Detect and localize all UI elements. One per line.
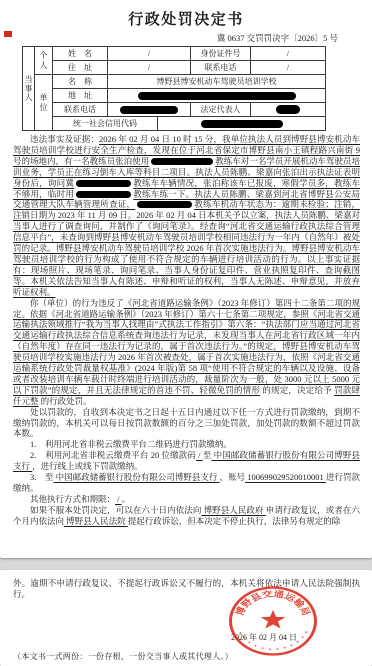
red-edge-mark xyxy=(4,31,12,37)
page-gap xyxy=(0,558,372,570)
text-run: 2. 利用河北省非税云缴费平台 20 位缴款码 xyxy=(30,450,196,460)
text-run: 3. 至 xyxy=(30,472,53,482)
id-label: 身份证件号 xyxy=(191,47,251,61)
seal-star-icon xyxy=(261,610,286,629)
name-value: / xyxy=(108,47,191,61)
redaction-bar xyxy=(120,106,178,114)
text-run: 提起行政诉讼，但本决定不停止执行，法律另有规定的除 xyxy=(128,516,341,526)
table-row: 住 址 / 联系电话 / xyxy=(23,61,326,75)
paragraph: 其他执行方式和期限： / 。 xyxy=(13,494,360,505)
page-title: 行政处罚决定书 xyxy=(0,0,372,29)
text-run: 。 xyxy=(122,494,131,504)
paragraph: 2. 利用河北省非税云缴费平台 20 位缴款码 / 至 中国邮政储蓄银行股份有限… xyxy=(13,450,360,472)
redaction-bar xyxy=(138,92,296,100)
text-run: 的规定，决定给予 xyxy=(260,385,334,395)
official-seal: 博野县交通运输局 xyxy=(226,584,320,658)
org-phone-value xyxy=(108,103,191,117)
document-body: 违法事实及证据：2026 年 02 月 04 日 10 时 15 分，我单位执法… xyxy=(0,133,372,527)
text-run: 你（单位）的行为违反了 xyxy=(30,298,124,308)
text-run: / xyxy=(196,450,203,460)
table-row: 联系电话 法定代表人 xyxy=(23,103,326,117)
unit-label-cell: 单位 xyxy=(35,75,53,131)
table-row: 统一社会信用代码 xyxy=(23,117,326,131)
redaction-bar xyxy=(151,158,213,165)
id-value: / xyxy=(251,47,326,61)
document-page-2: 外。逾期不申请行政复议、不提起行政诉讼又不履行的，本机关将依法申请人民法院强制执… xyxy=(0,570,372,666)
copies-note: （本文书一式两份：一份存根，一份交当事人或其代理人。） xyxy=(13,651,233,662)
credit-code-label: 统一社会信用代码 xyxy=(53,117,158,131)
text-run: / xyxy=(115,494,122,504)
party-info-table: 当事人 个人 姓 名 / 身份证件号 / 住 址 / 联系电话 / 单位 名 称… xyxy=(22,46,326,131)
redaction-bar xyxy=(76,180,131,187)
document-number: 冀 0637 交罚罚决字〔2026〕5 号 xyxy=(0,29,372,45)
org-addr-label: 地 址 xyxy=(53,89,108,103)
table-row: 地 址 xyxy=(23,89,326,103)
table-row: 单位 名 称 博野县博安机动车驾驶员培训学校 xyxy=(23,75,326,89)
text-run: 其他执行方式和期限： xyxy=(30,494,115,504)
phone-value: / xyxy=(251,61,326,75)
document-page-1: 行政处罚决定书 冀 0637 交罚罚决字〔2026〕5 号 当事人 个人 姓 名… xyxy=(0,0,372,558)
org-name-label: 名 称 xyxy=(53,75,108,89)
text-run: 《河北省道路运输条例》（2023 年修订）第四十二条第二项的规定。依据《河北省道… xyxy=(13,298,360,395)
table-row: 当事人 个人 姓 名 / 身份证件号 / xyxy=(23,47,326,61)
paragraph: 3. 至 中国邮政储蓄银行股份有限公司博野县支行 ，账号 10069902952… xyxy=(13,472,360,494)
paragraph: 你（单位）的行为违反了《河北省道路运输条例》（2023 年修订）第四十二条第二项… xyxy=(13,298,360,407)
text-run: 教练车机动车状态为：逾期未检验；注销，注销日期为 2023 年 11 月 09 … xyxy=(13,199,360,296)
text-run: 的行政处罚。 xyxy=(39,396,92,406)
text-run: 违法事实及证据： xyxy=(30,134,99,144)
seal-code-dots xyxy=(240,631,308,650)
text-run: 博野县人民法院 xyxy=(64,516,128,526)
redaction-bar xyxy=(76,191,131,198)
text-run: ，账号 xyxy=(220,472,246,482)
paragraph: 如果不服本处罚决定，可以在六十日内依法向 博野县人民政府 申请行政复议，或者在六… xyxy=(13,505,360,527)
addr-label: 住 址 xyxy=(53,61,108,75)
text-run: 100699029520010001 xyxy=(245,472,326,482)
redaction-bar xyxy=(201,120,283,128)
credit-code-value xyxy=(158,117,326,131)
text-run: 中国邮政储蓄银行股份有限公司博野县支行 xyxy=(53,472,219,482)
redaction-bar xyxy=(276,105,300,114)
name-label: 姓 名 xyxy=(53,47,108,61)
text-run: 处以罚款的，自收到本决定书之日起十五日内通过以下任一方式进行罚款缴纳，到期不缴纳… xyxy=(13,407,360,439)
text-run: 1. 利用河北省非税云缴费平台二维码进行罚款缴纳。 xyxy=(30,439,232,449)
org-name-value: 博野县博安机动车驾驶员培训学校 xyxy=(108,75,326,89)
text-run: 如果不服本处罚决定，可以在六十日内依法向 xyxy=(30,505,201,515)
phone-label: 联系电话 xyxy=(191,61,251,75)
paragraph: 处以罚款的，自收到本决定书之日起十五日内通过以下任一方式进行罚款缴纳，到期不缴纳… xyxy=(13,407,360,440)
text-run: 博野县人民政府 xyxy=(201,505,265,515)
legal-rep-value xyxy=(251,103,326,117)
individual-label-cell: 个人 xyxy=(35,47,53,75)
paragraph: 违法事实及证据：2026 年 02 月 04 日 10 时 15 分，我单位执法… xyxy=(13,134,360,298)
paragraph: 1. 利用河北省非税云缴费平台二维码进行罚款缴纳。 xyxy=(13,439,360,450)
party-label-cell: 当事人 xyxy=(23,47,35,131)
text-run: ，进行线上或线下罚款缴纳。 xyxy=(32,461,143,471)
addr-value: / xyxy=(108,61,191,75)
org-addr-value xyxy=(108,89,326,103)
redaction-bar xyxy=(137,201,192,208)
legal-rep-label: 法定代表人 xyxy=(191,103,251,117)
org-phone-label: 联系电话 xyxy=(53,103,108,117)
